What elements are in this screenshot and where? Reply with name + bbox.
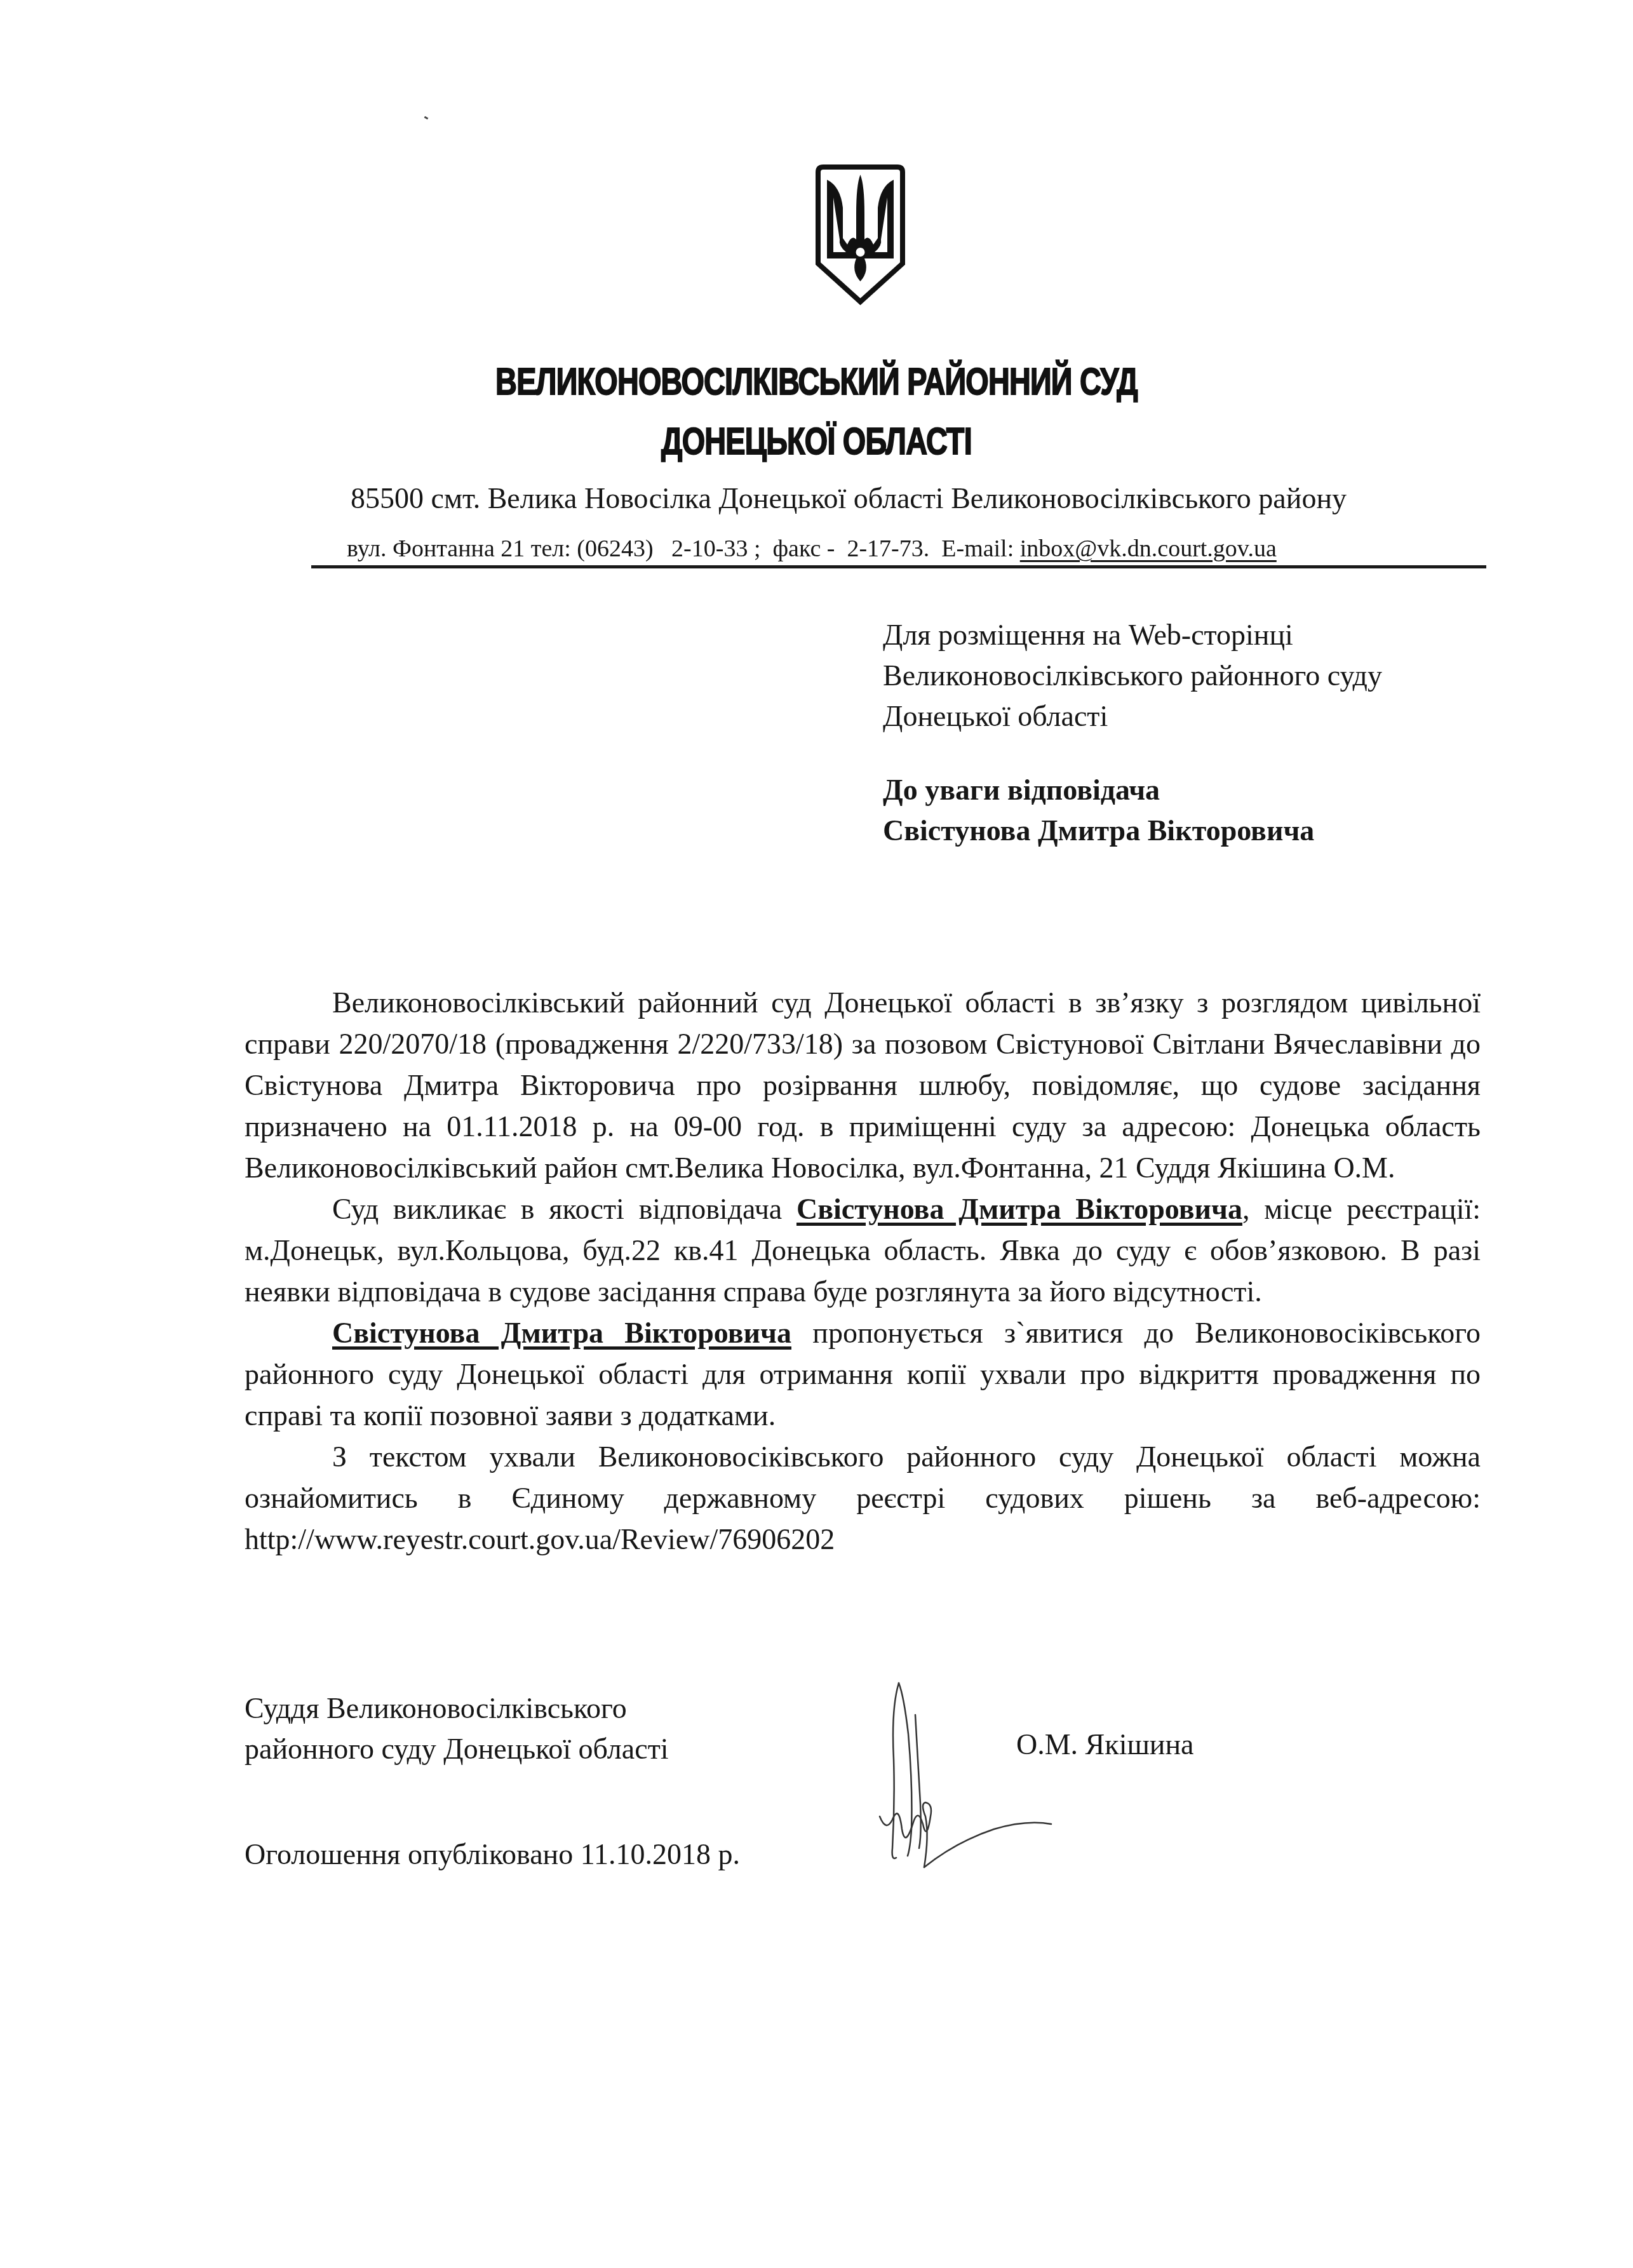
judge-title: Суддя Великоновосілківського районного с… bbox=[245, 1688, 669, 1769]
paragraph-registry-link: З текстом ухвали Великоновосіківського р… bbox=[245, 1436, 1481, 1560]
recipient-line: Донецької області bbox=[883, 696, 1382, 737]
recipient-line: Для розміщення на Web-сторінці bbox=[883, 615, 1382, 655]
publication-date: Оголошення опубліковано 11.10.2018 р. bbox=[245, 1837, 740, 1871]
court-name-line2: ДОНЕЦЬКОЇ ОБЛАСТІ bbox=[180, 419, 1453, 463]
court-name-line1: ВЕЛИКОНОВОСІЛКІВСЬКИЙ РАЙОННИЙ СУД bbox=[180, 359, 1453, 403]
defendant-name-heading: Свістунова Дмитра Вікторовича bbox=[883, 810, 1314, 851]
trident-emblem-icon bbox=[814, 163, 906, 305]
notice-body: Великоновосілківський районний суд Донец… bbox=[245, 982, 1481, 1560]
scan-speck bbox=[424, 116, 429, 120]
judge-title-line: Суддя Великоновосілківського bbox=[245, 1688, 669, 1729]
court-contacts: вул. Фонтанна 21 тел: (06243) 2-10-33 ; … bbox=[347, 535, 1277, 563]
recipient-block: Для розміщення на Web-сторінці Великонов… bbox=[883, 615, 1382, 737]
handwritten-signature-icon bbox=[854, 1658, 1127, 1880]
attention-line: До уваги відповідача bbox=[883, 770, 1314, 810]
court-address: 85500 смт. Велика Новосілка Донецької об… bbox=[351, 481, 1347, 515]
email-link[interactable]: inbox@vk.dn.court.gov.ua bbox=[1020, 535, 1277, 562]
recipient-line: Великоновосілківського районного суду bbox=[883, 655, 1382, 696]
judge-title-line: районного суду Донецької області bbox=[245, 1729, 669, 1769]
paragraph-hearing-notice: Великоновосілківський районний суд Донец… bbox=[245, 982, 1481, 1188]
summons-text: Суд викликає в якості відповідача bbox=[332, 1193, 796, 1225]
attention-block: До уваги відповідача Свістунова Дмитра В… bbox=[883, 770, 1314, 851]
judge-name: О.М. Якішина bbox=[1016, 1728, 1194, 1761]
contacts-text: вул. Фонтанна 21 тел: (06243) 2-10-33 ; … bbox=[347, 535, 1020, 562]
paragraph-copy-request: Свістунова Дмитра Вікторовича пропонуєть… bbox=[245, 1312, 1481, 1436]
defendant-name: Свістунова Дмитра Вікторовича bbox=[796, 1193, 1242, 1225]
letterhead-divider bbox=[311, 565, 1486, 568]
defendant-name: Свістунова Дмитра Вікторовича bbox=[332, 1317, 791, 1349]
paragraph-summons: Суд викликає в якості відповідача Свісту… bbox=[245, 1188, 1481, 1312]
